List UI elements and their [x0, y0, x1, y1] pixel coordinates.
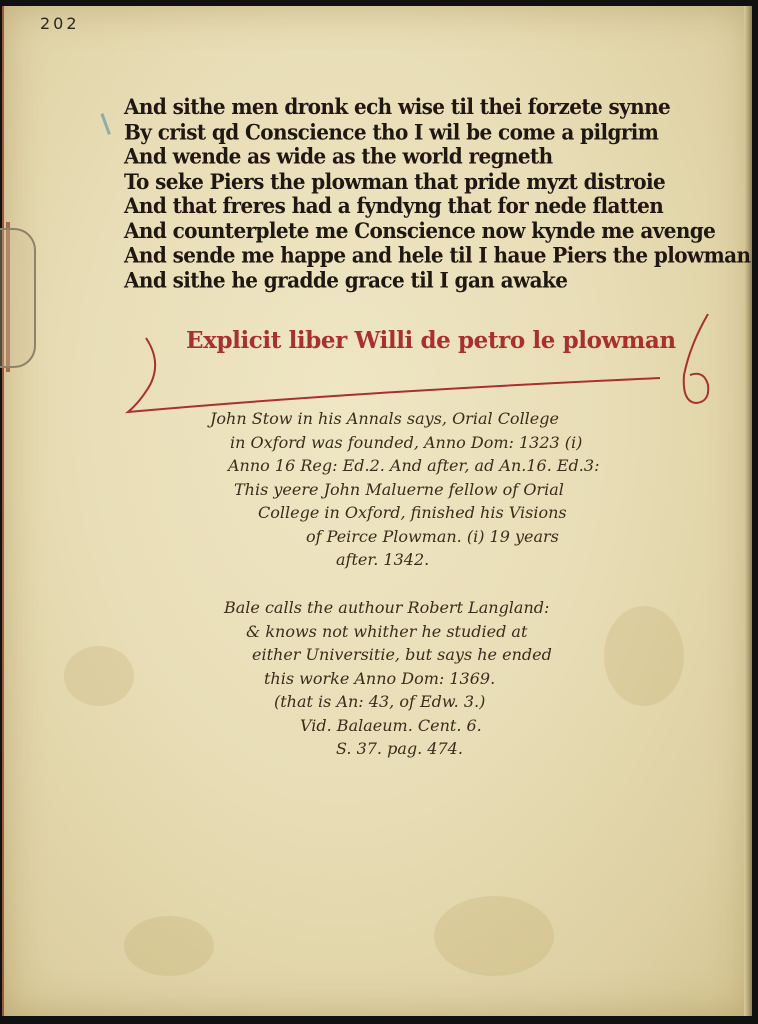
note-line: this worke Anno Dom: 1369.	[264, 667, 552, 691]
annotation-bale: Bale calls the authour Robert Langland: …	[224, 596, 552, 761]
note-line: of Peirce Plowman. (i) 19 years	[306, 525, 599, 549]
note-line: either Universitie, but says he ended	[252, 643, 552, 667]
annotation-stow: John Stow in his Annals says, Orial Coll…	[210, 407, 599, 572]
note-line: (that is An: 43, of Edw. 3.)	[274, 690, 552, 714]
note-line: John Stow in his Annals says, Orial Coll…	[210, 407, 599, 431]
explicit-colophon: Explicit liber Willi de petro le plowman	[186, 327, 676, 354]
note-line: S. 37. pag. 474.	[336, 737, 552, 761]
note-line: College in Oxford, finished his Visions	[258, 501, 599, 525]
note-line: Anno 16 Reg: Ed.2. And after, ad An.16. …	[228, 454, 599, 478]
note-line: after. 1342.	[336, 548, 599, 572]
note-line: in Oxford was founded, Anno Dom: 1323 (i…	[230, 431, 599, 455]
note-line: Vid. Balaeum. Cent. 6.	[300, 714, 552, 738]
note-line: & knows not whither he studied at	[246, 620, 552, 644]
note-line: Bale calls the authour Robert Langland:	[224, 596, 552, 620]
note-line: This yeere John Maluerne fellow of Orial	[234, 478, 599, 502]
